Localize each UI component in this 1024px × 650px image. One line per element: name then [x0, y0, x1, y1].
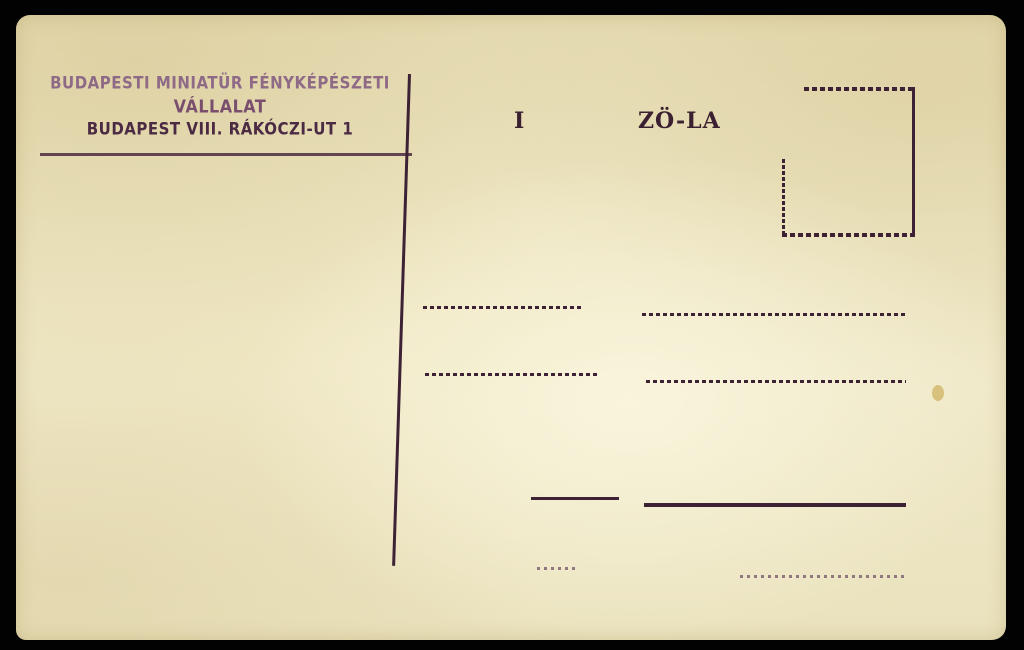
postcard-title-right-fragment: ZÖ-LA — [638, 108, 721, 134]
publisher-stamp-line-3: BUDAPEST VIII. RÁKÓCZI-UT 1 — [50, 117, 390, 143]
publisher-stamp-line-1: BUDAPESTI MINIATÜR FÉNYKÉPÉSZETI — [50, 71, 390, 97]
address-line-2-right — [646, 380, 906, 383]
header-rule — [40, 153, 412, 156]
address-line-4-left — [537, 567, 577, 570]
stamp-box-bottom-edge — [782, 233, 915, 237]
paper-stain — [932, 385, 944, 401]
address-line-1-right — [642, 313, 907, 316]
stamp-box-top-edge — [804, 87, 915, 91]
stamp-box-right-edge — [912, 87, 915, 237]
scan-background: BUDAPESTI MINIATÜR FÉNYKÉPÉSZETI VÁLLALA… — [0, 0, 1024, 650]
publisher-stamp-line-2: VÁLLALAT — [50, 94, 390, 120]
address-line-1-left — [423, 306, 583, 309]
address-line-3-right — [644, 503, 906, 507]
address-line-2-left — [425, 373, 600, 376]
publisher-stamp: BUDAPESTI MINIATÜR FÉNYKÉPÉSZETI VÁLLALA… — [50, 72, 390, 141]
address-line-4-right — [740, 575, 906, 578]
stamp-box-left-edge — [782, 159, 785, 237]
stamp-placement-box — [782, 87, 915, 237]
address-line-3-left — [531, 497, 619, 500]
postcard-title-left-fragment: I — [514, 108, 525, 134]
